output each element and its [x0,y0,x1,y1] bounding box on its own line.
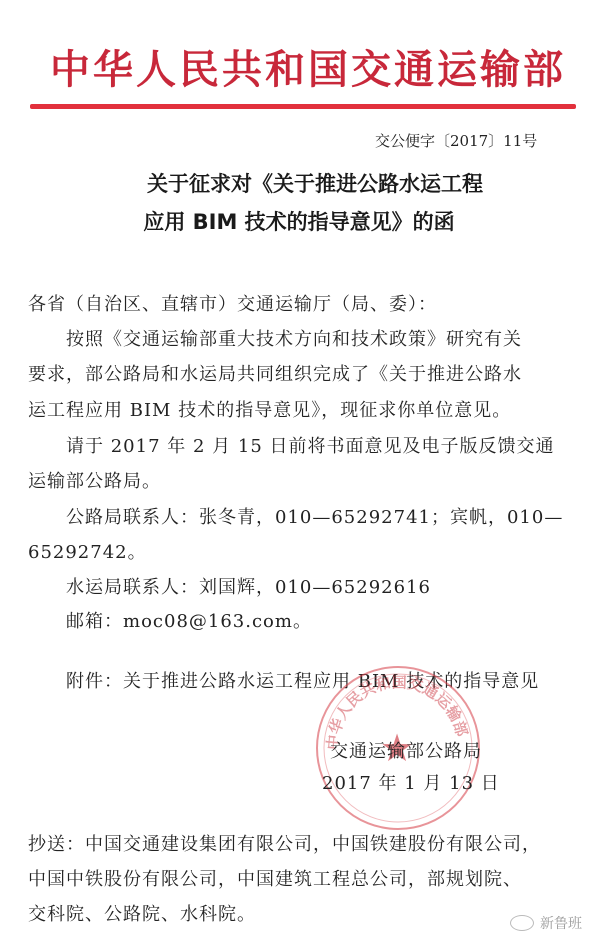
letterhead-title: 中华人民共和国交通运输部 [48,38,568,95]
wechat-icon [510,915,534,931]
salutation: 各省（自治区、直辖市）交通运输厅（局、委）： [28,290,437,316]
cc-line: 抄送：中国交通建设集团有限公司，中国铁建股份有限公司， [28,830,541,856]
body-line: 按照《交通运输部重大技术方向和技术政策》研究有关 [66,325,522,351]
body-line: 运输部公路局。 [28,467,161,493]
watermark: 新鲁班 [510,913,582,933]
attachment-line: 附件：关于推进公路水运工程应用 BIM 技术的指导意见 [66,667,539,693]
document-title-line-2: 应用 BIM 技术的指导意见》的函 [0,206,604,236]
document-title-line-1: 关于征求对《关于推进公路水运工程 [10,168,610,198]
body-line: 运工程应用 BIM 技术的指导意见》，现征求你单位意见。 [28,396,511,422]
contact-email: 邮箱：moc08@163.com。 [66,607,312,633]
body-line: 要求，部公路局和水运局共同组织完成了《关于推进公路水 [28,360,522,386]
body-line: 请于 2017 年 2 月 15 日前将书面意见及电子版反馈交通 [66,432,555,458]
signature-date: 2017 年 1 月 13 日 [322,769,500,795]
watermark-label: 新鲁班 [540,913,582,933]
contact-highway-bureau: 公路局联系人：张冬青，010—65292741；宾帆，010— [66,503,563,529]
signature-issuer: 交通运输部公路局 [330,737,482,763]
contact-waterway-bureau: 水运局联系人：刘国辉，010—65292616 [66,573,431,599]
letterhead-red-rule [30,104,576,109]
cc-line: 中国中铁股份有限公司，中国建筑工程总公司，部规划院、 [28,865,522,891]
contact-highway-bureau-cont: 65292742。 [28,538,147,564]
cc-line: 交科院、公路院、水科院。 [28,900,256,926]
document-number: 交公便字〔2017〕11号 [375,130,537,151]
